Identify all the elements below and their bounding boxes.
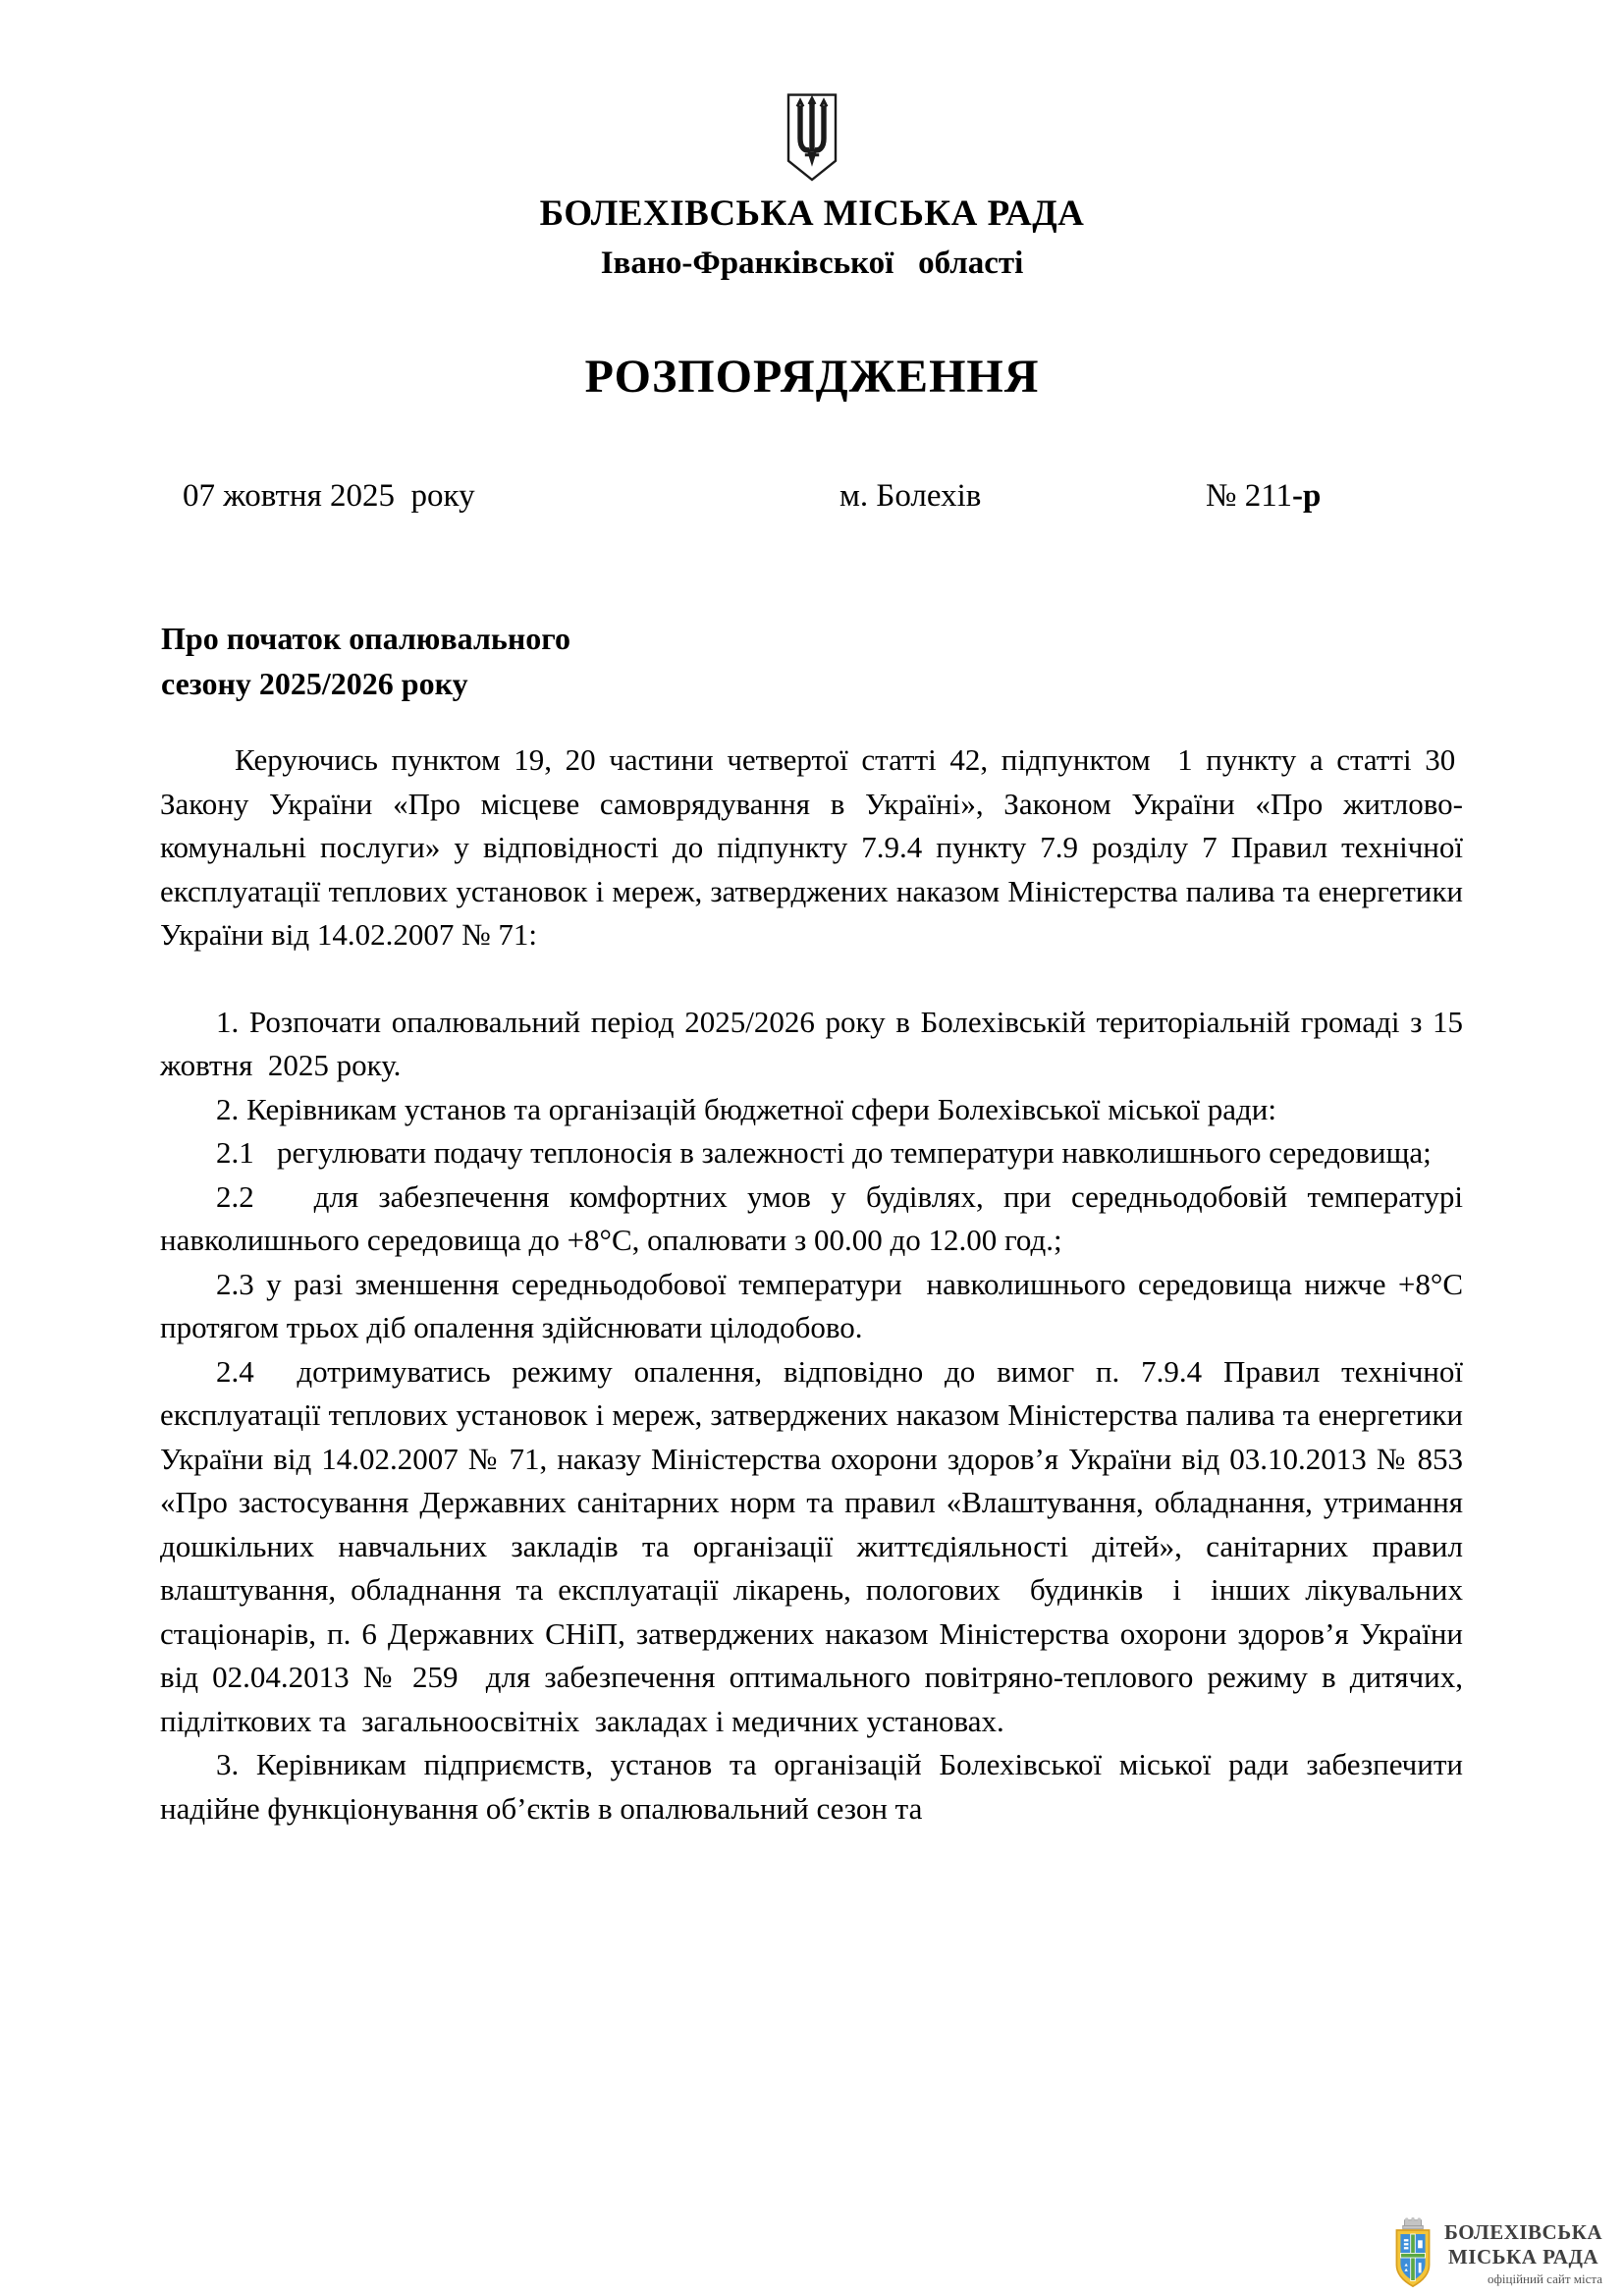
doc-number-suffix: -р	[1292, 478, 1321, 514]
subject-line-1: Про початок опалювального	[161, 616, 570, 661]
paragraph-intro: Керуючись пунктом 19, 20 частини четверт…	[160, 738, 1463, 957]
org-region: Івано-Франківської області	[0, 246, 1624, 282]
paragraph-item-3: 3. Керівникам підприємств, установ та ор…	[160, 1743, 1463, 1831]
document-body: Керуючись пунктом 19, 20 частини четверт…	[160, 738, 1463, 1831]
footer-text: БОЛЕХІВСЬКА МІСЬКА РАДА офіційний сайт м…	[1444, 2220, 1602, 2287]
doc-number: № 211-р	[1206, 478, 1321, 515]
document-page: БОЛЕХІВСЬКА МІСЬКА РАДА Івано-Франківськ…	[0, 0, 1624, 2296]
paragraph-item-1: 1. Розпочати опалювальний період 2025/20…	[160, 1001, 1463, 1088]
trident-icon	[783, 92, 841, 185]
doc-type-title: РОЗПОРЯДЖЕННЯ	[0, 350, 1624, 404]
paragraph-item-2-1: 2.1 регулювати подачу теплоносія в залеж…	[160, 1131, 1463, 1175]
paragraph-item-2-3: 2.3 у разі зменшення середньодобової тем…	[160, 1263, 1463, 1350]
paragraph-item-2: 2. Керівникам установ та організацій бюд…	[160, 1088, 1463, 1132]
doc-place: м. Болехів	[839, 478, 981, 515]
footer-subtitle: офіційний сайт міста	[1488, 2271, 1602, 2287]
ukraine-trident-emblem	[783, 92, 841, 190]
org-name: БОЛЕХІВСЬКА МІСЬКА РАДА	[0, 192, 1624, 235]
paragraph-item-2-4: 2.4 дотримуватись режиму опалення, відпо…	[160, 1350, 1463, 1744]
subject-line-2: сезону 2025/2026 року	[161, 661, 570, 706]
footer-org-line-2: МІСЬКА РАДА	[1448, 2245, 1598, 2269]
city-coat-of-arms-icon	[1393, 2217, 1433, 2290]
subject: Про початок опалювального сезону 2025/20…	[161, 616, 570, 706]
doc-date: 07 жовтня 2025 року	[183, 478, 475, 515]
paragraph-item-2-2: 2.2 для забезпечення комфортних умов у б…	[160, 1175, 1463, 1263]
site-footer-logo: БОЛЕХІВСЬКА МІСЬКА РАДА офіційний сайт м…	[1393, 2217, 1602, 2290]
footer-org-line-1: БОЛЕХІВСЬКА	[1444, 2220, 1602, 2245]
doc-number-value: № 211	[1206, 478, 1292, 514]
